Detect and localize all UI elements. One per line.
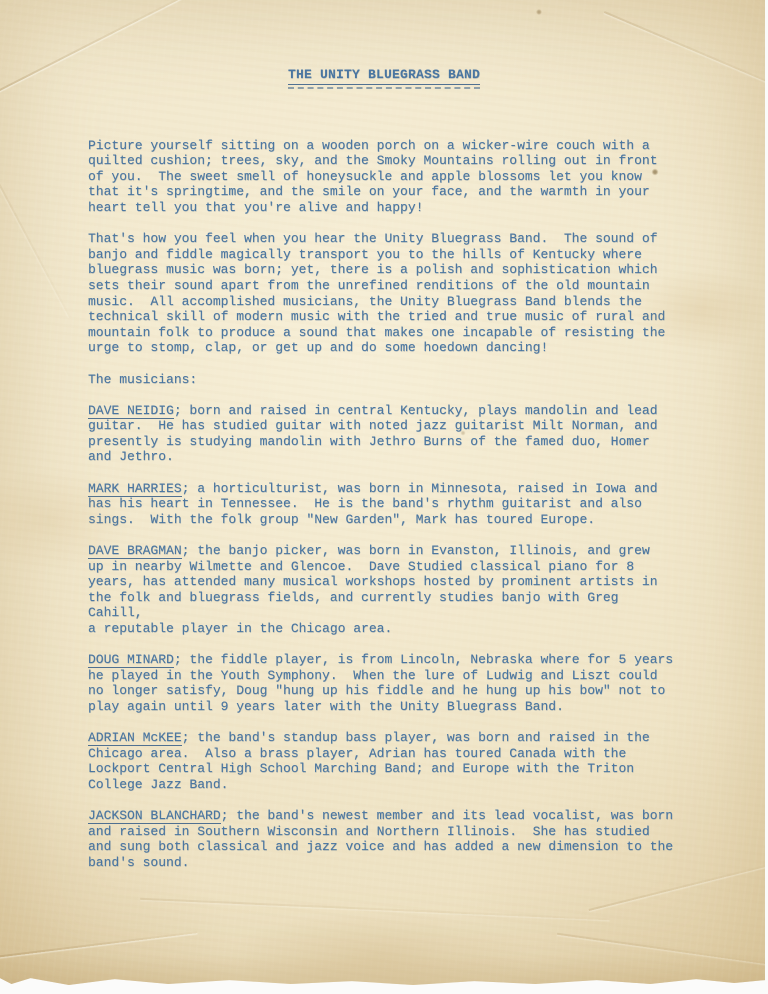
paper-crease xyxy=(0,184,71,317)
musician-bio-adrian-mckee: ADRIAN McKEE; the band's standup bass pl… xyxy=(88,730,680,792)
typewritten-content: THE UNITY BLUEGRASS BAND Picture yoursel… xyxy=(88,67,680,886)
musician-bio-dave-neidig: DAVE NEIDIG; born and raised in central … xyxy=(88,403,680,465)
musician-bio-text: ; the band's standup bass player, was bo… xyxy=(88,730,650,792)
musician-bio-mark-harries: MARK HARRIES; a horticulturist, was born… xyxy=(88,481,680,528)
document-title-text: THE UNITY BLUEGRASS BAND xyxy=(288,67,480,85)
musician-bio-text: ; a horticulturist, was born in Minnesot… xyxy=(88,481,658,527)
musicians-heading: The musicians: xyxy=(88,372,680,388)
scanned-page: THE UNITY BLUEGRASS BAND Picture yoursel… xyxy=(0,0,768,994)
musician-bio-text: ; the banjo picker, was born in Evanston… xyxy=(88,543,658,636)
paper-crease xyxy=(0,931,197,958)
intro-paragraph-1: Picture yourself sitting on a wooden por… xyxy=(88,138,680,216)
musician-bio-text: ; the fiddle player, is from Lincoln, Ne… xyxy=(88,652,673,714)
musician-bio-jackson-blanchard: JACKSON BLANCHARD; the band's newest mem… xyxy=(88,808,680,870)
document-title: THE UNITY BLUEGRASS BAND xyxy=(88,67,680,89)
musician-bio-text: ; born and raised in central Kentucky, p… xyxy=(88,403,658,465)
paper-crease xyxy=(140,898,610,920)
paper-crease xyxy=(557,933,768,965)
paper-crease xyxy=(0,0,190,101)
musician-bio-dave-bragman: DAVE BRAGMAN; the banjo picker, was born… xyxy=(88,543,680,637)
musician-bio-text: ; the band's newest member and its lead … xyxy=(88,808,673,870)
intro-paragraph-2: That's how you feel when you hear the Un… xyxy=(88,231,680,356)
musician-name: DOUG MINARD xyxy=(88,652,174,668)
musician-name: DAVE NEIDIG xyxy=(88,403,174,419)
paper-crease xyxy=(604,11,768,95)
musician-name: JACKSON BLANCHARD xyxy=(88,808,221,824)
musician-bio-doug-minard: DOUG MINARD; the fiddle player, is from … xyxy=(88,652,680,714)
paper-crease xyxy=(589,863,768,911)
musician-name: ADRIAN McKEE xyxy=(88,730,182,746)
musician-name: MARK HARRIES xyxy=(88,481,182,497)
musician-name: DAVE BRAGMAN xyxy=(88,543,182,559)
paper-sheet: THE UNITY BLUEGRASS BAND Picture yoursel… xyxy=(0,0,765,988)
